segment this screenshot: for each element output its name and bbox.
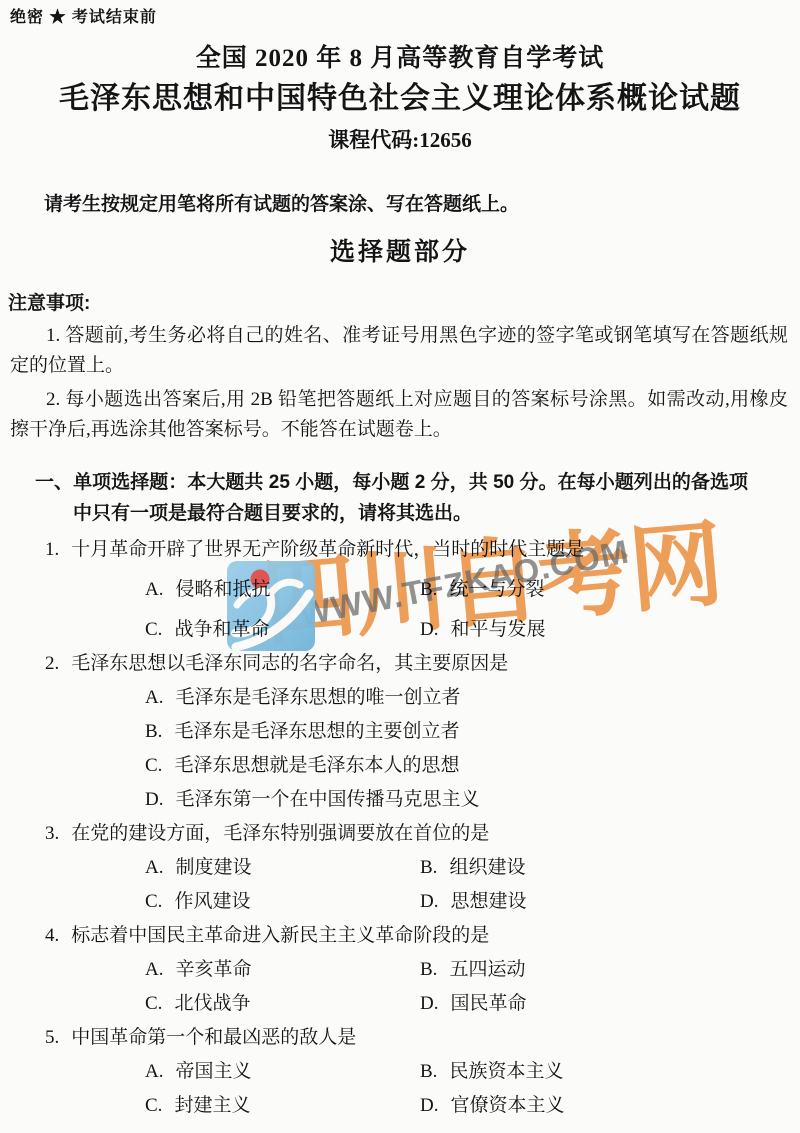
- question-1-options: A.侵略和抵抗 B.统一与分裂 C.战争和革命 D.和平与发展: [45, 563, 800, 643]
- exam-paper-page: 绝密 ★ 考试结束前 全国 2020 年 8 月高等教育自学考试 毛泽东思想和中…: [0, 0, 800, 1133]
- option-label: D.: [420, 891, 438, 912]
- question-3-option-a: A.制度建设: [145, 855, 420, 881]
- question-5-option-a: A.帝国主义: [145, 1059, 420, 1085]
- question-5-option-c: C.封建主义: [145, 1093, 420, 1119]
- option-text: 辛亥革命: [175, 959, 251, 980]
- course-code: 课程代码:12656: [0, 126, 800, 154]
- paper-title: 毛泽东思想和中国特色社会主义理论体系概论试题: [6, 78, 794, 120]
- question-2-stem: 2.毛泽东思想以毛泽东同志的名字命名，其主要原因是: [45, 651, 800, 677]
- option-label: C.: [145, 619, 162, 640]
- question-1-option-a: A.侵略和抵抗: [145, 577, 420, 603]
- option-label: C.: [145, 891, 162, 912]
- question-3-number: 3.: [45, 823, 59, 844]
- part-one-text: 单项选择题：本大题共 25 小题，每小题 2 分，共 50 分。在每小题列出的备…: [73, 472, 748, 524]
- question-5-option-d: D.官僚资本主义: [420, 1093, 800, 1119]
- option-text: 国民革命: [450, 993, 526, 1014]
- part-one-heading: 一、单项选择题：本大题共 25 小题，每小题 2 分，共 50 分。在每小题列出…: [35, 467, 748, 529]
- option-label: D.: [420, 1095, 438, 1116]
- option-text: 统一与分裂: [449, 579, 544, 600]
- question-1-stem-text: 十月革命开辟了世界无产阶级革命新时代，当时的时代主题是: [71, 539, 584, 560]
- option-label: A.: [145, 857, 163, 878]
- option-text: 五四运动: [449, 959, 525, 980]
- option-label: C.: [145, 755, 162, 776]
- question-4-options: A.辛亥革命 B.五四运动 C.北伐战争 D.国民革命: [45, 949, 800, 1017]
- option-text: 制度建设: [175, 857, 251, 878]
- question-3: 3.在党的建设方面，毛泽东特别强调要放在首位的是 A.制度建设 B.组织建设 C…: [45, 821, 800, 915]
- option-text: 作风建设: [174, 891, 250, 912]
- question-2-options: A.毛泽东是毛泽东思想的唯一创立者 B.毛泽东是毛泽东思想的主要创立者 C.毛泽…: [45, 685, 800, 813]
- question-5-options: A.帝国主义 B.民族资本主义 C.封建主义 D.官僚资本主义: [45, 1051, 800, 1119]
- question-2: 2.毛泽东思想以毛泽东同志的名字命名，其主要原因是 A.毛泽东是毛泽东思想的唯一…: [45, 651, 800, 813]
- instruction-text: 请考生按规定用笔将所有试题的答案涂、写在答题纸上。: [44, 192, 800, 218]
- classification-label: 绝密 ★ 考试结束前: [10, 8, 800, 28]
- exam-paper-content: 绝密 ★ 考试结束前 全国 2020 年 8 月高等教育自学考试 毛泽东思想和中…: [0, 8, 800, 1119]
- option-label: A.: [145, 579, 163, 600]
- option-label: D.: [420, 619, 438, 640]
- option-label: C.: [145, 993, 162, 1014]
- question-1-option-c: C.战争和革命: [145, 617, 420, 643]
- question-3-option-d: D.思想建设: [420, 889, 800, 915]
- question-4-option-d: D.国民革命: [420, 991, 800, 1017]
- option-text: 和平与发展: [450, 619, 545, 640]
- question-2-option-c: C.毛泽东思想就是毛泽东本人的思想: [145, 753, 800, 779]
- question-2-number: 2.: [45, 653, 59, 674]
- option-label: A.: [145, 959, 163, 980]
- option-label: B.: [420, 579, 437, 600]
- question-4: 4.标志着中国民主革命进入新民主主义革命阶段的是 A.辛亥革命 B.五四运动 C…: [45, 923, 800, 1017]
- exam-session-title: 全国 2020 年 8 月高等教育自学考试: [0, 42, 800, 76]
- option-text: 毛泽东思想就是毛泽东本人的思想: [174, 755, 459, 776]
- option-label: B.: [420, 857, 437, 878]
- option-text: 毛泽东是毛泽东思想的唯一创立者: [175, 687, 460, 708]
- question-1: 1.十月革命开辟了世界无产阶级革命新时代，当时的时代主题是 A.侵略和抵抗 B.…: [45, 537, 800, 643]
- note-item-2: 2. 每小题选出答案后,用 2B 铅笔把答题纸上对应题目的答案标号涂黑。如需改动…: [10, 385, 788, 445]
- question-1-option-b: B.统一与分裂: [420, 577, 800, 603]
- option-label: D.: [420, 993, 438, 1014]
- option-text: 毛泽东第一个在中国传播马克思主义: [175, 789, 479, 810]
- option-text: 官僚资本主义: [450, 1095, 564, 1116]
- option-label: A.: [145, 687, 163, 708]
- section-title: 选择题部分: [0, 234, 800, 270]
- question-4-option-c: C.北伐战争: [145, 991, 420, 1017]
- question-5-stem-text: 中国革命第一个和最凶恶的敌人是: [71, 1027, 356, 1048]
- question-4-option-a: A.辛亥革命: [145, 957, 420, 983]
- question-2-option-b: B.毛泽东是毛泽东思想的主要创立者: [145, 719, 800, 745]
- option-text: 组织建设: [449, 857, 525, 878]
- option-label: C.: [145, 1095, 162, 1116]
- question-5: 5.中国革命第一个和最凶恶的敌人是 A.帝国主义 B.民族资本主义 C.封建主义…: [45, 1025, 800, 1119]
- question-1-stem: 1.十月革命开辟了世界无产阶级革命新时代，当时的时代主题是: [45, 537, 800, 563]
- question-4-option-b: B.五四运动: [420, 957, 800, 983]
- question-2-stem-text: 毛泽东思想以毛泽东同志的名字命名，其主要原因是: [71, 653, 508, 674]
- option-label: A.: [145, 1061, 163, 1082]
- option-text: 毛泽东是毛泽东思想的主要创立者: [174, 721, 459, 742]
- notes-title: 注意事项:: [8, 291, 800, 317]
- question-5-option-b: B.民族资本主义: [420, 1059, 800, 1085]
- question-2-option-d: D.毛泽东第一个在中国传播马克思主义: [145, 787, 800, 813]
- question-5-stem: 5.中国革命第一个和最凶恶的敌人是: [45, 1025, 800, 1051]
- option-text: 帝国主义: [175, 1061, 251, 1082]
- option-text: 封建主义: [174, 1095, 250, 1116]
- question-4-stem-text: 标志着中国民主革命进入新民主主义革命阶段的是: [71, 925, 489, 946]
- option-label: B.: [420, 1061, 437, 1082]
- option-text: 思想建设: [450, 891, 526, 912]
- option-label: D.: [145, 789, 163, 810]
- question-1-number: 1.: [45, 539, 59, 560]
- question-4-stem: 4.标志着中国民主革命进入新民主主义革命阶段的是: [45, 923, 800, 949]
- part-one-label: 一、: [35, 472, 73, 493]
- note-item-1: 1. 答题前,考生务必将自己的姓名、准考证号用黑色字迹的签字笔或钢笔填写在答题纸…: [10, 321, 788, 381]
- question-3-options: A.制度建设 B.组织建设 C.作风建设 D.思想建设: [45, 847, 800, 915]
- option-text: 民族资本主义: [449, 1061, 563, 1082]
- option-text: 北伐战争: [174, 993, 250, 1014]
- question-4-number: 4.: [45, 925, 59, 946]
- question-5-number: 5.: [45, 1027, 59, 1048]
- question-1-option-d: D.和平与发展: [420, 617, 800, 643]
- option-label: B.: [145, 721, 162, 742]
- option-label: B.: [420, 959, 437, 980]
- question-3-option-b: B.组织建设: [420, 855, 800, 881]
- option-text: 战争和革命: [174, 619, 269, 640]
- question-3-stem: 3.在党的建设方面，毛泽东特别强调要放在首位的是: [45, 821, 800, 847]
- question-2-option-a: A.毛泽东是毛泽东思想的唯一创立者: [145, 685, 800, 711]
- option-text: 侵略和抵抗: [175, 579, 270, 600]
- question-3-option-c: C.作风建设: [145, 889, 420, 915]
- question-3-stem-text: 在党的建设方面，毛泽东特别强调要放在首位的是: [71, 823, 489, 844]
